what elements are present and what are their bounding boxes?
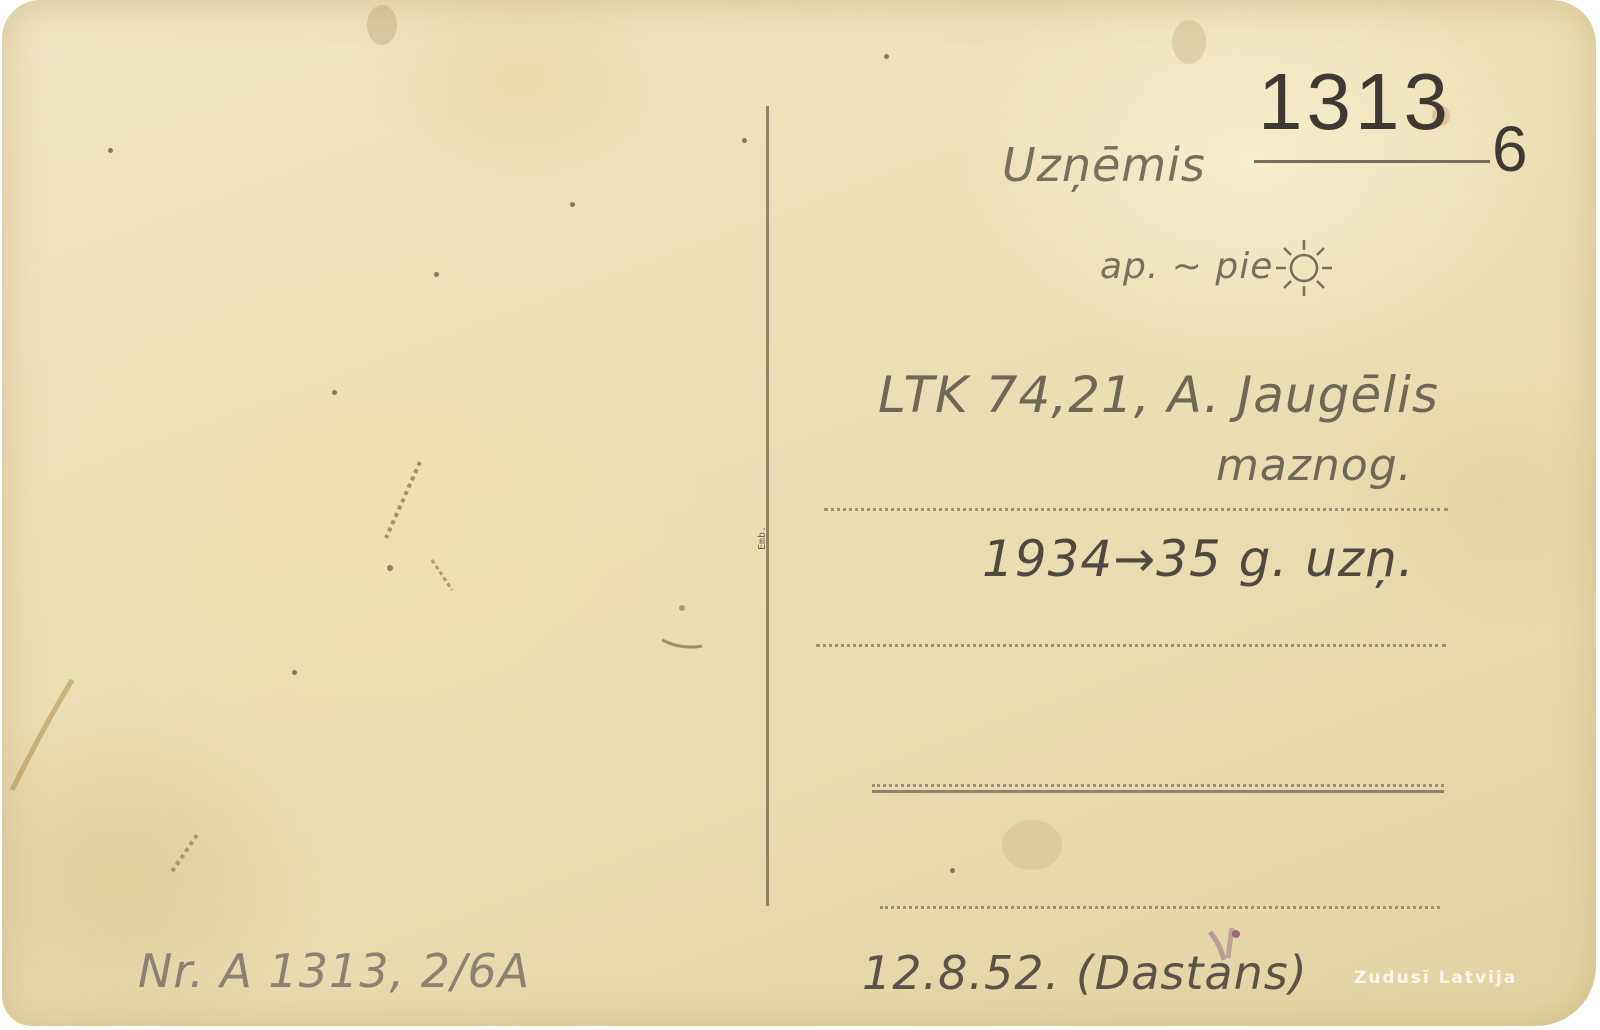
speck xyxy=(950,868,955,873)
handwritten-line-1: Uzņēmis xyxy=(1002,138,1206,192)
handwritten-line-2: ap. ~ pie xyxy=(1100,246,1273,287)
speck xyxy=(434,272,439,277)
archive-subnumber: 6 xyxy=(1492,112,1529,186)
ink-stain-icon xyxy=(1202,924,1262,968)
scratch-mark xyxy=(157,825,217,885)
handwritten-line-3: LTK 74,21, A. Jaugēlis xyxy=(878,366,1439,424)
address-line-2 xyxy=(816,644,1446,647)
sun-icon xyxy=(1272,236,1336,300)
scratch-mark xyxy=(372,450,462,600)
handwritten-line-5: 1934→35 g. uzņ. xyxy=(982,530,1415,588)
postcard-back: Emb. 1313 6 Uzņēmis ap. ~ pie LTK 74,21,… xyxy=(2,0,1596,1026)
speck xyxy=(570,202,575,207)
foxing-stain xyxy=(367,5,397,45)
foxing-stain xyxy=(1172,20,1206,64)
scratch-mark xyxy=(2,670,92,800)
address-line-3-underline xyxy=(872,790,1444,793)
speck xyxy=(108,148,113,153)
address-line-1 xyxy=(824,508,1448,511)
speck xyxy=(742,138,747,143)
archive-number: 1313 xyxy=(1258,56,1452,148)
address-line-4 xyxy=(880,906,1440,909)
scratch-mark xyxy=(652,600,712,670)
speck xyxy=(884,54,889,59)
printer-mark: Emb. xyxy=(756,490,784,550)
speck xyxy=(332,390,337,395)
handwritten-line-4: maznog. xyxy=(1216,440,1413,491)
watermark: Zudusī Latvija xyxy=(1354,968,1517,988)
speck xyxy=(292,670,297,675)
archive-number-underline xyxy=(1254,160,1490,163)
address-line-3 xyxy=(872,784,1444,787)
bottom-left-inventory-note: Nr. A 1313, 2/6A xyxy=(138,944,530,998)
foxing-stain xyxy=(1002,820,1062,870)
